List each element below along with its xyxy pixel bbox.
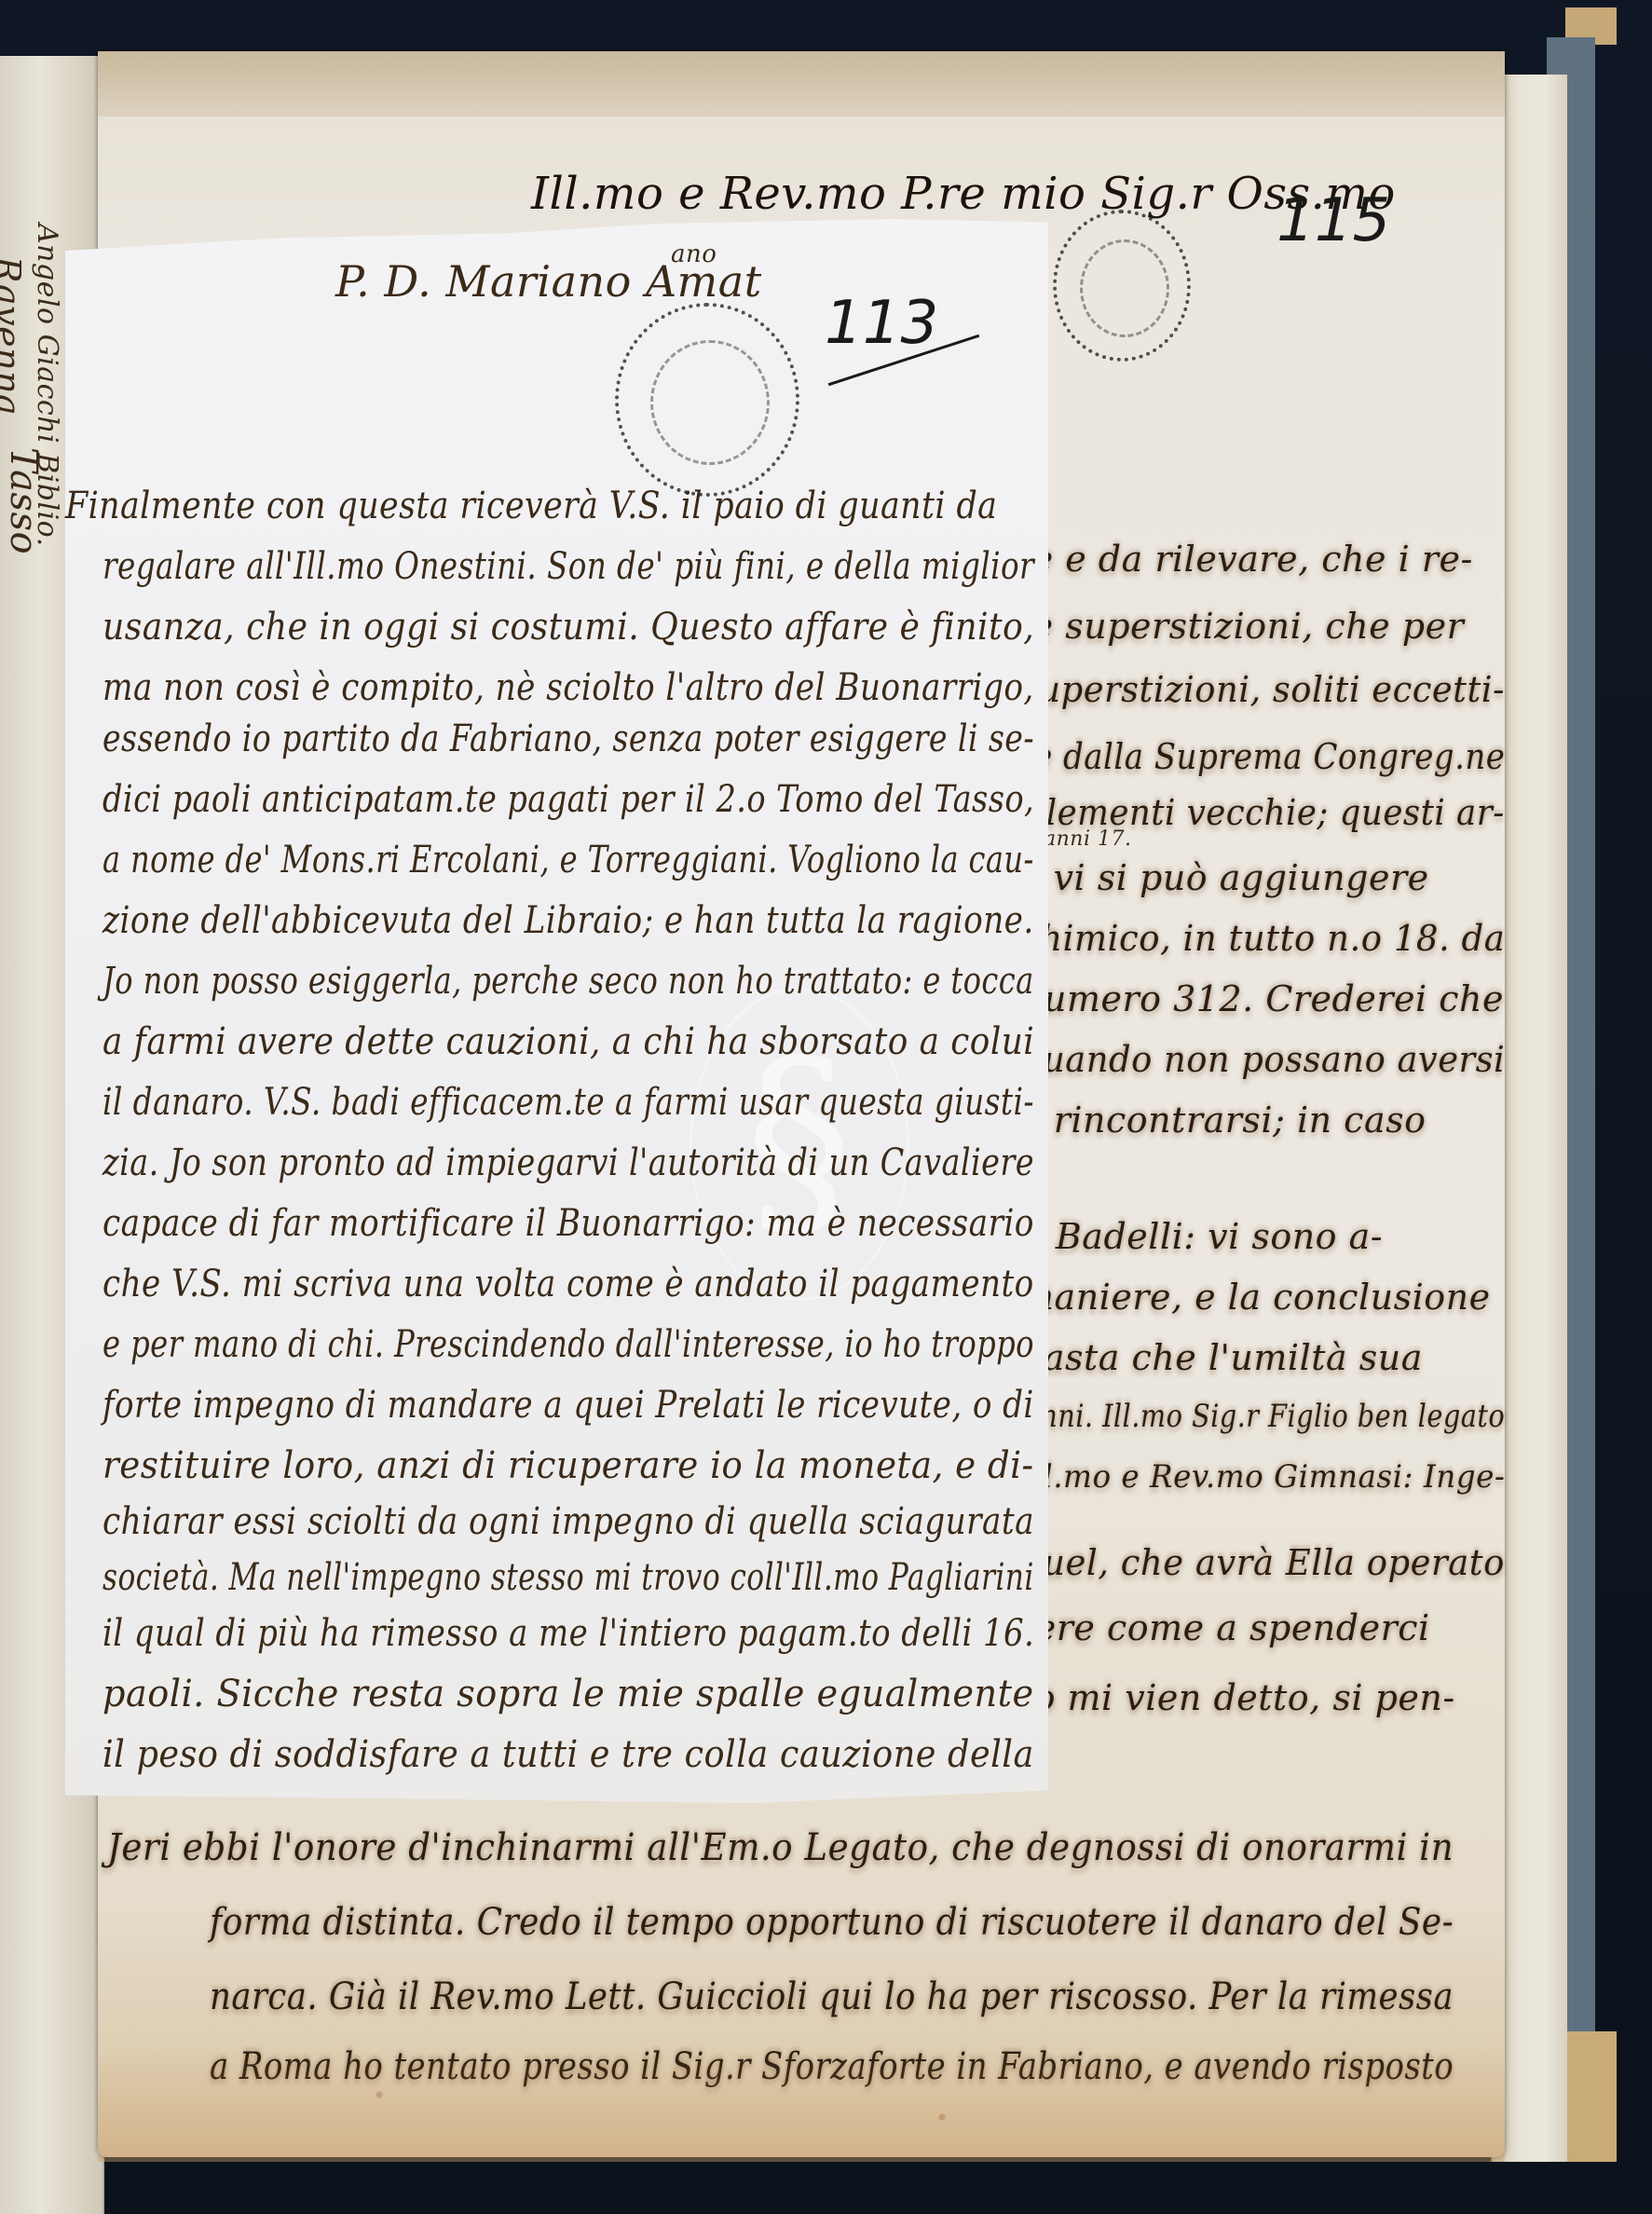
page-115-address-header: Ill.mo e Rev.mo P.re mio Sig.r Oss.mo — [531, 168, 1396, 220]
bottom-line: forma distinta. Credo il tempo opportuno… — [210, 1901, 1454, 1944]
folio-number-115: 115 — [1277, 186, 1390, 255]
right-line: numero 312. Crederei che — [1020, 978, 1504, 1019]
letter-line: paoli. Sicche resta sopra le mie spalle … — [102, 1673, 1034, 1715]
archive-stamp-letter-113 — [615, 303, 799, 497]
binding-note-2: Ravenna — [0, 256, 28, 416]
letter-line: a nome de' Mons.ri Ercolani, e Torreggia… — [102, 839, 1034, 881]
letter-line: chiarar essi sciolti da ogni impegno di … — [102, 1500, 1034, 1543]
right-line: le superstizioni, che per — [1020, 606, 1464, 647]
right-line-note: anni 17. — [1044, 827, 1131, 851]
letter-line: società. Ma nell'impegno stesso mi trovo… — [102, 1556, 1034, 1599]
letter-line: ma non così è compito, nè sciolto l'altr… — [102, 666, 1034, 709]
right-line: chimico, in tutto n.o 18. da — [1020, 918, 1505, 959]
letter-line: capace di far mortificare il Buonarrigo:… — [102, 1202, 1034, 1245]
letter-line: zione dell'abbicevuta del Libraio; e han… — [102, 899, 1034, 942]
right-line: e vi si può aggiungere — [1020, 857, 1429, 898]
right-line: maniere, e la conclusione — [1020, 1277, 1491, 1318]
foxing-stains — [98, 2050, 1505, 2162]
right-line: superstizioni, soliti eccetti- — [1020, 669, 1505, 710]
right-line: le e da rilevare, che i re- — [1020, 539, 1473, 580]
letter-line: restituire loro, anzi di ricuperare io l… — [102, 1444, 1034, 1487]
folio-number-113: 113 — [825, 289, 938, 358]
letter-line: dici paoli anticipatam.te pagati per il … — [102, 778, 1034, 821]
board-corner-bottom — [1565, 2031, 1617, 2162]
right-line: quando non possano aversi — [1020, 1039, 1505, 1080]
right-line: te dalla Suprema Congreg.ne — [1020, 736, 1505, 777]
letter-line: il qual di più ha rimesso a me l'intiero… — [102, 1612, 1034, 1655]
letter-line: forte impegno di mandare a quei Prelati … — [102, 1384, 1034, 1427]
binding-note-3: Tasso — [2, 447, 45, 554]
right-line: a rincontrarsi; in caso — [1020, 1100, 1426, 1141]
letter-line: Jo non posso esiggerla, perche seco non … — [102, 960, 1034, 1003]
letter-addressee-superscript: ano — [671, 240, 717, 268]
right-line: Anni. Ill.mo Sig.r Figlio ben legato — [1020, 1398, 1505, 1435]
letter-line: che V.S. mi scriva una volta come è anda… — [102, 1263, 1034, 1305]
letter-line: zia. Jo son pronto ad impiegarvi l'autor… — [102, 1141, 1034, 1184]
letter-line: Finalmente con questa riceverà V.S. il p… — [65, 485, 997, 527]
letter-line: regalare all'Ill.mo Onestini. Son de' pi… — [102, 545, 1034, 588]
letter-line: usanza, che in oggi si costumi. Questo a… — [102, 606, 1034, 649]
bottom-line: narca. Già il Rev.mo Lett. Guiccioli qui… — [210, 1975, 1454, 2018]
right-line: basta che l'umiltà sua — [1020, 1337, 1423, 1378]
archive-stamp-page-115 — [1053, 210, 1191, 362]
page-115-top-fold — [98, 51, 1505, 116]
letter-line: il danaro. V.S. badi efficacem.te a farm… — [102, 1081, 1034, 1124]
right-line: quel, che avrà Ella operato — [1020, 1542, 1505, 1583]
right-line: tere come a spenderci — [1020, 1607, 1430, 1648]
right-line: fo mi vien detto, si pen- — [1020, 1677, 1455, 1718]
right-line: il Badelli: vi sono a- — [1020, 1216, 1383, 1257]
letter-line: il peso di soddisfare a tutti e tre coll… — [102, 1733, 1034, 1776]
right-line: Ill.mo e Rev.mo Gimnasi: Inge- — [1020, 1458, 1505, 1496]
letter-line: a farmi avere dette cauzioni, a chi ha s… — [102, 1020, 1034, 1063]
letter-line: essendo io partito da Fabriano, senza po… — [102, 717, 1034, 760]
bottom-line: Jeri ebbi l'onore d'inchinarmi all'Em.o … — [107, 1826, 1454, 1869]
letter-line: e per mano di chi. Prescindendo dall'int… — [102, 1323, 1034, 1366]
